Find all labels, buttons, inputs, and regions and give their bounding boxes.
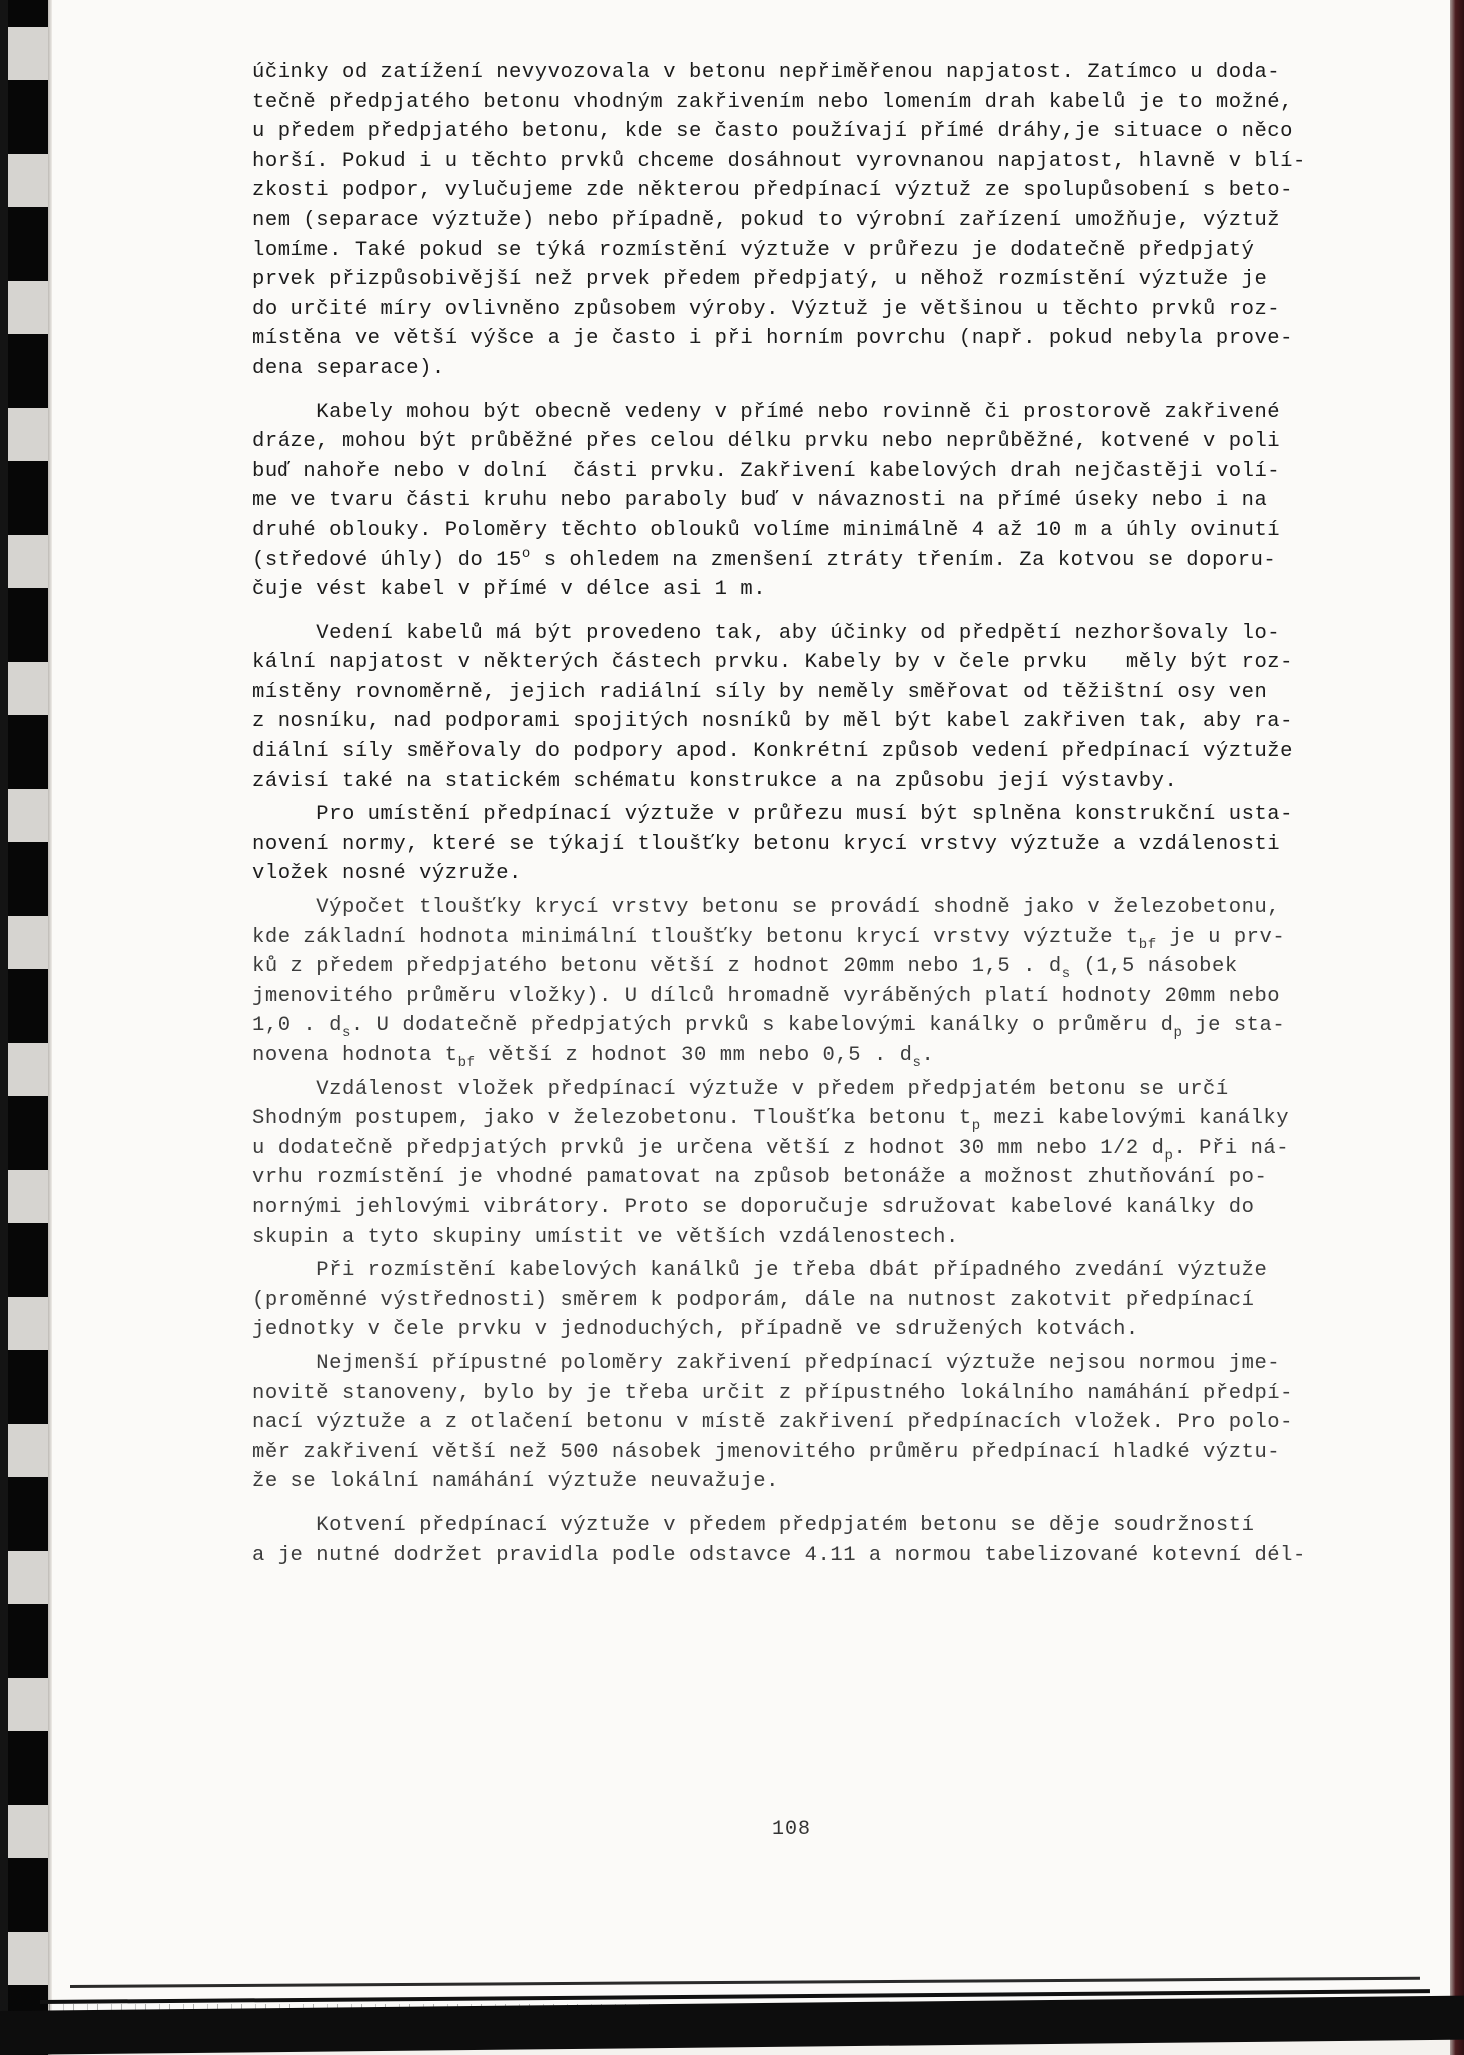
text-line: závisí také na statickém schématu konstr…: [252, 767, 1372, 797]
text-line: nornými jehlovými vibrátory. Proto se do…: [252, 1193, 1372, 1223]
text-line: zkosti podpor, vylučujeme zde některou p…: [252, 176, 1372, 206]
text-line: vrhu rozmístění je vhodné pamatovat na z…: [252, 1163, 1372, 1193]
text-line: novena hodnota tbf větší z hodnot 30 mm …: [252, 1041, 1372, 1071]
text-line: místěna ve větší výšce a je často i při …: [252, 324, 1372, 354]
text-line: Nejmenší přípustné poloměry zakřivení př…: [252, 1349, 1372, 1379]
text-line: druhé oblouky. Poloměry těchto oblouků v…: [252, 516, 1372, 546]
text-line: jmenovitého průměru vložky). U dílců hro…: [252, 982, 1372, 1012]
page-number: 108: [772, 1818, 811, 1841]
text-line: vložek nosné výzruže.: [252, 859, 1372, 889]
text-line: účinky od zatížení nevyvozovala v betonu…: [252, 58, 1372, 88]
paragraph: Vedení kabelů má být provedeno tak, aby …: [252, 619, 1372, 797]
paragraph: Pro umístění předpínací výztuže v průřez…: [252, 800, 1372, 889]
text-line: Výpočet tloušťky krycí vrstvy betonu se …: [252, 893, 1372, 923]
text-line: u předem předpjatého betonu, kde se čast…: [252, 117, 1372, 147]
text-line: Vedení kabelů má být provedeno tak, aby …: [252, 619, 1372, 649]
text-line: novení normy, které se týkají tloušťky b…: [252, 830, 1372, 860]
text-line: 1,0 . ds. U dodatečně předpjatých prvků …: [252, 1011, 1372, 1041]
text-line: nací výztuže a z otlačení betonu v místě…: [252, 1408, 1372, 1438]
text-line: diální síly směřovaly do podpory apod. K…: [252, 737, 1372, 767]
text-line: dráze, mohou být průběžné přes celou dél…: [252, 427, 1372, 457]
text-line: Kotvení předpínací výztuže v předem před…: [252, 1511, 1372, 1541]
text-line: že se lokální namáhání výztuže neuvažuje…: [252, 1467, 1372, 1497]
text-line: Shodným postupem, jako v železobetonu. T…: [252, 1104, 1372, 1134]
text-line: novitě stanoveny, bylo by je třeba určit…: [252, 1379, 1372, 1409]
text-line: jednotky v čele prvku v jednoduchých, př…: [252, 1315, 1372, 1345]
text-line: (proměnné výstřednosti) směrem k podporá…: [252, 1286, 1372, 1316]
text-line: prvek přizpůsobivější než prvek předem p…: [252, 265, 1372, 295]
text-line: tečně předpjatého betonu vhodným zakřive…: [252, 88, 1372, 118]
text-line: kde základní hodnota minimální tloušťky …: [252, 923, 1372, 953]
text-line: skupin a tyto skupiny umístit ve větších…: [252, 1223, 1372, 1253]
paragraph: Nejmenší přípustné poloměry zakřivení př…: [252, 1349, 1372, 1497]
text-line: (středové úhly) do 15o s ohledem na zmen…: [252, 546, 1372, 576]
text-line: Vzdálenost vložek předpínací výztuže v p…: [252, 1075, 1372, 1105]
text-line: dena separace).: [252, 354, 1372, 384]
text-line: Kabely mohou být obecně vedeny v přímé n…: [252, 398, 1372, 428]
paragraph: Kotvení předpínací výztuže v předem před…: [252, 1511, 1372, 1570]
paragraph: účinky od zatížení nevyvozovala v betonu…: [252, 58, 1372, 384]
text-line: a je nutné dodržet pravidla podle odstav…: [252, 1541, 1372, 1571]
paragraph: Vzdálenost vložek předpínací výztuže v p…: [252, 1075, 1372, 1253]
paragraph: Při rozmístění kabelových kanálků je tře…: [252, 1256, 1372, 1345]
text-line: kální napjatost v některých částech prvk…: [252, 648, 1372, 678]
scan-right-edge: [1450, 0, 1464, 2055]
text-line: nem (separace výztuže) nebo případně, po…: [252, 206, 1372, 236]
paragraph: Výpočet tloušťky krycí vrstvy betonu se …: [252, 893, 1372, 1071]
text-line: lomíme. Také pokud se týká rozmístění vý…: [252, 236, 1372, 266]
text-line: horší. Pokud i u těchto prvků chceme dos…: [252, 147, 1372, 177]
text-line: me ve tvaru části kruhu nebo paraboly bu…: [252, 486, 1372, 516]
text-line: ků z předem předpjatého betonu větší z h…: [252, 952, 1372, 982]
typewritten-text-body: účinky od zatížení nevyvozovala v betonu…: [252, 58, 1372, 1570]
paragraph: Kabely mohou být obecně vedeny v přímé n…: [252, 398, 1372, 605]
text-line: buď nahoře nebo v dolní části prvku. Zak…: [252, 457, 1372, 487]
binding-shadow: [0, 0, 8, 2055]
text-line: měr zakřivení větší než 500 násobek jmen…: [252, 1438, 1372, 1468]
binding-edge: [48, 0, 52, 2055]
text-line: Pro umístění předpínací výztuže v průřez…: [252, 800, 1372, 830]
text-line: u dodatečně předpjatých prvků je určena …: [252, 1134, 1372, 1164]
text-line: čuje vést kabel v přímé v délce asi 1 m.: [252, 575, 1372, 605]
text-line: Při rozmístění kabelových kanálků je tře…: [252, 1256, 1372, 1286]
text-line: do určité míry ovlivněno způsobem výroby…: [252, 295, 1372, 325]
text-line: z nosníku, nad podporami spojitých nosní…: [252, 707, 1372, 737]
text-line: místěny rovnoměrně, jejich radiální síly…: [252, 678, 1372, 708]
